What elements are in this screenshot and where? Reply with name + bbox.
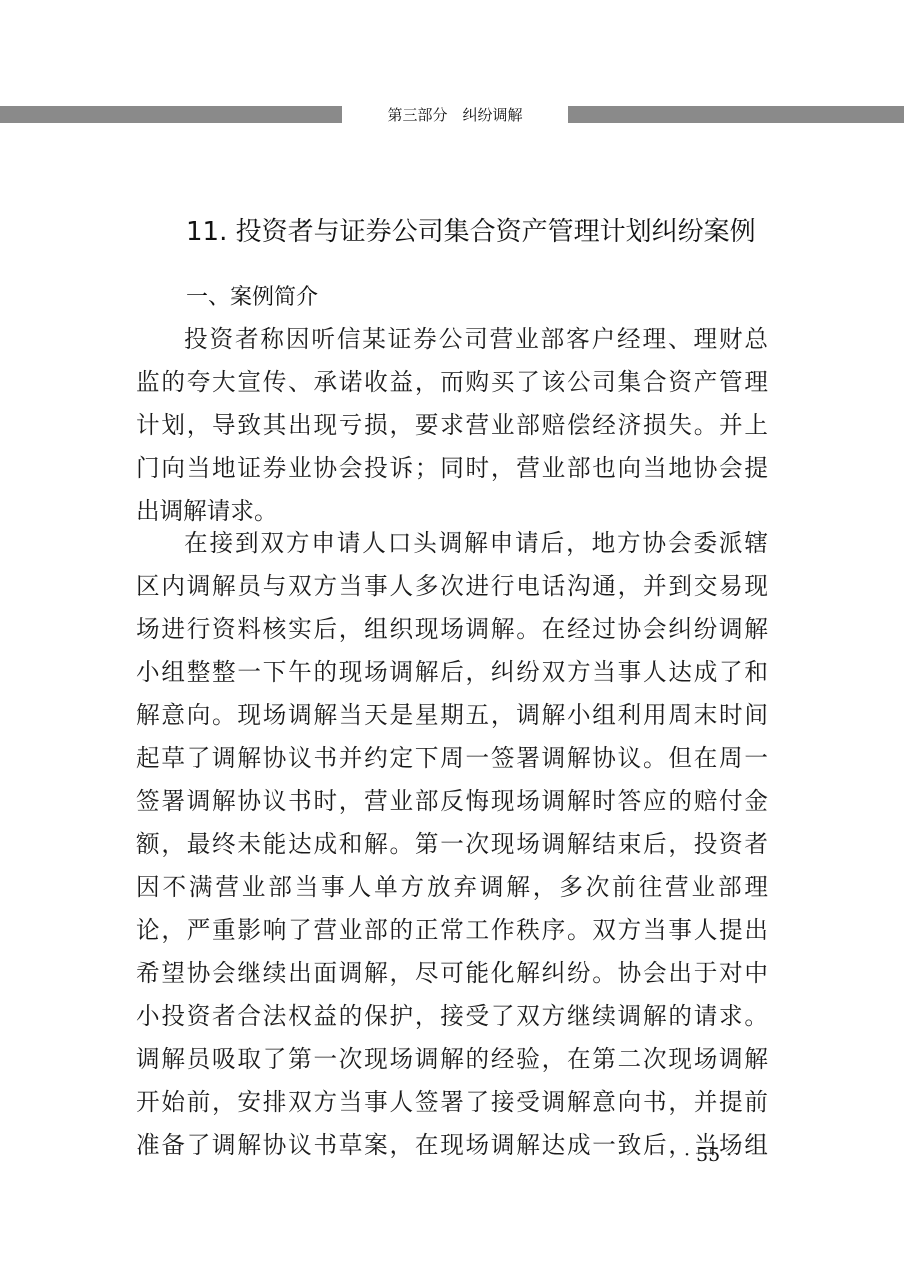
text-line: 希望协会继续出面调解，尽可能化解纠纷。协会出于对中 [136,958,768,988]
text-line: 签署调解协议书时，营业部反悔现场调解时答应的赔付金 [136,786,768,816]
text-line: 在接到双方申请人口头调解申请后，地方协会委派辖 [184,528,768,558]
text-line: 开始前，安排双方当事人签署了接受调解意向书，并提前 [136,1087,768,1117]
text-line: 小投资者合法权益的保护，接受了双方继续调解的请求。 [136,1001,768,1031]
text-line: 调解员吸取了第一次现场调解的经验，在第二次现场调解 [136,1044,768,1074]
text-line: 额，最终未能达成和解。第一次现场调解结束后，投资者 [136,829,768,859]
text-line: 计划，导致其出现亏损，要求营业部赔偿经济损失。并上 [136,410,768,440]
text-line: 监的夸大宣传、承诺收益，而购买了该公司集合资产管理 [136,367,768,397]
text-line: 小组整整一下午的现场调解后，纠纷双方当事人达成了和 [136,657,768,687]
text-line: 起草了调解协议书并约定下周一签署调解协议。但在周一 [136,743,768,773]
section-heading: 一、案例简介 [186,282,318,314]
text-line: 准备了调解协议书草案，在现场调解达成一致后，当场组 [136,1130,768,1160]
text-line: 投资者称因听信某证券公司营业部客户经理、理财总 [184,324,768,354]
case-title: 11. 投资者与证券公司集合资产管理计划纠纷案例 [186,214,756,250]
text-line: 场进行资料核实后，组织现场调解。在经过协会纠纷调解 [136,614,768,644]
text-line: 区内调解员与双方当事人多次进行电话沟通，并到交易现 [136,571,768,601]
running-head: 第三部分 纠纷调解 [342,104,568,126]
header-rule-right [568,106,904,123]
text-line: 因不满营业部当事人单方放弃调解，多次前往营业部理 [136,872,768,902]
text-line: 门向当地证券业协会投诉；同时，营业部也向当地协会提 [136,453,768,483]
text-line: 出调解请求。 [136,496,768,526]
header-rule-left [0,106,342,123]
page-number: · 55 · [684,1142,732,1168]
text-line: 解意向。现场调解当天是星期五，调解小组利用周末时间 [136,700,768,730]
text-line: 论，严重影响了营业部的正常工作秩序。双方当事人提出 [136,915,768,945]
